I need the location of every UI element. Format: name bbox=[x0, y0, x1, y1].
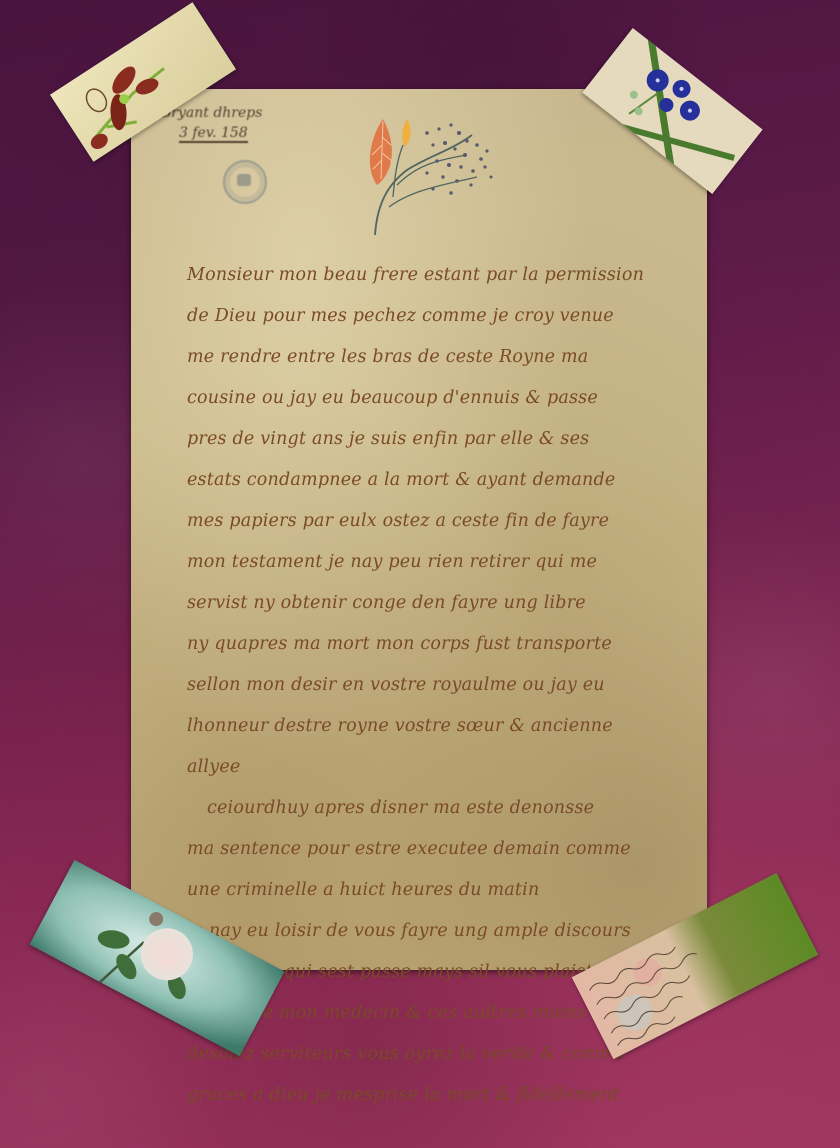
letter-line: graces a dieu je mesprise la mort & fide… bbox=[187, 1075, 707, 1116]
letter-line: de Dieu pour mes pechez comme je croy ve… bbox=[187, 296, 707, 337]
letter-line: Monsieur mon beau frere estant par la pe… bbox=[187, 255, 707, 296]
letter-line: ma sentence pour estre executee demain c… bbox=[187, 829, 707, 870]
letter-line: lhonneur destre royne vostre sœur & anci… bbox=[187, 706, 707, 747]
letter-line: estats condampnee a la mort & ayant dema… bbox=[187, 460, 707, 501]
letter-line: mon testament je nay peu rien retirer qu… bbox=[187, 542, 707, 583]
letter-line: mes papiers par eulx ostez a ceste fin d… bbox=[187, 501, 707, 542]
letter-line: allyee bbox=[187, 747, 707, 788]
archive-stamp-icon bbox=[223, 160, 267, 204]
letter-line: me rendre entre les bras de ceste Royne … bbox=[187, 337, 707, 378]
manuscript-page: Bryant dhreps 3 fev. 158 Monsieur mon be… bbox=[131, 89, 707, 970]
archive-annotation-line2: 3 fev. 158 bbox=[179, 125, 248, 143]
letter-line: pres de vingt ans je suis enfin par elle… bbox=[187, 419, 707, 460]
letter-line: servist ny obtenir conge den fayre ung l… bbox=[187, 583, 707, 624]
archive-annotation: Bryant dhreps 3 fev. 158 bbox=[161, 103, 262, 143]
letter-line: sellon mon desir en vostre royaulme ou j… bbox=[187, 665, 707, 706]
letter-line: ny quapres ma mort mon corps fust transp… bbox=[187, 624, 707, 665]
letter-line: une criminelle a huict heures du matin bbox=[187, 870, 707, 911]
letter-line: je nay eu loisir de vous fayre ung ample… bbox=[187, 911, 707, 952]
letter-line: cousine ou jay eu beaucoup d'ennuis & pa… bbox=[187, 378, 707, 419]
letter-line: ceiourdhuy apres disner ma este denonsse bbox=[187, 788, 707, 829]
botanical-ornament-icon bbox=[367, 115, 507, 245]
